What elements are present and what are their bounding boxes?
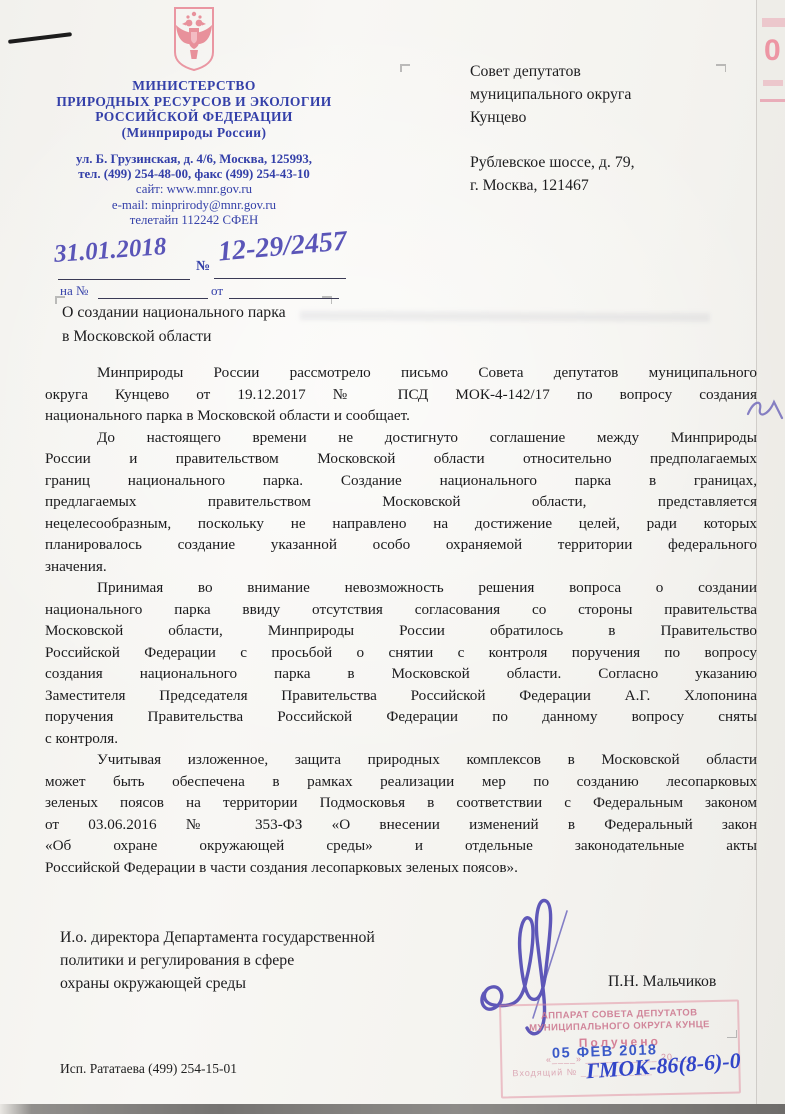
body-line: национального парка ввиду отсутствия сог…	[45, 599, 757, 621]
paragraph: Принимая во внимание невозможность решен…	[45, 577, 757, 749]
signer-title: И.о. директора Департамента государствен…	[60, 926, 480, 995]
stamp-org: АППАРАТ СОВЕТА ДЕПУТАТОВМУНИЦИПАЛЬНОГО О…	[501, 1007, 737, 1036]
signer-name: П.Н. Мальчиков	[608, 973, 716, 991]
paragraph: Учитывая изложенное, защита природных ко…	[45, 749, 757, 878]
ministry-address-line: ул. Б. Грузинская, д. 4/6, Москва, 12599…	[36, 152, 352, 167]
recipient-org-line: муниципального округа	[470, 83, 750, 106]
ref-number-label: на №	[60, 283, 88, 299]
recipient-org-line: Совет депутатов	[470, 60, 750, 83]
signer-title-line: политики и регулирования в сфере	[60, 949, 480, 972]
ministry-name-line: РОССИЙСКОЙ ФЕДЕРАЦИИ	[36, 109, 352, 125]
edge-stamp-line	[760, 99, 785, 102]
ministry-name-line: МИНИСТЕРСТВО	[36, 78, 352, 94]
body-line: может быть обеспечена в рамках реализаци…	[45, 771, 757, 793]
ministry-name-line: (Минприроды России)	[36, 125, 352, 141]
recipient-block: Совет депутатовмуниципального округаКунц…	[470, 60, 750, 197]
recipient-org-line: Кунцево	[470, 106, 750, 129]
reference-row: на № от	[36, 281, 352, 301]
body-line: Учитывая изложенное, защита природных ко…	[45, 749, 757, 771]
edge-stamp-text-bar	[762, 18, 785, 27]
body-line: с контроля.	[45, 728, 757, 750]
ref-from-label: от	[211, 283, 223, 299]
body-line: планировалось создание указанной особо о…	[45, 534, 757, 556]
paragraph: До настоящего времени не достигнуто согл…	[45, 427, 757, 578]
body-line: поручения Правительства Российской Федер…	[45, 706, 757, 728]
page-edge-shade	[757, 0, 785, 1104]
body-line: нецелесообразным, поскольку не направлен…	[45, 513, 757, 535]
corner-mark	[400, 64, 410, 72]
scan-bottom-edge	[0, 1104, 785, 1114]
edge-stamp-digit: 0	[764, 34, 781, 68]
body-line: национального парка в Московской области…	[45, 405, 757, 427]
ministry-address-line: тел. (499) 254-48-00, факс (499) 254-43-…	[36, 167, 352, 182]
number-sign: №	[196, 259, 210, 275]
body-line: от 03.06.2016 № 353-ФЗ «О внесении измен…	[45, 814, 757, 836]
executor-line: Исп. Рататаева (499) 254-15-01	[60, 1061, 237, 1077]
ministry-address-line: телетайп 112242 СФЕН	[36, 213, 352, 228]
body-line: создания национального парка в Московско…	[45, 663, 757, 685]
ref-number-underline	[98, 297, 208, 299]
body-line: России и правительством Московской облас…	[45, 448, 757, 470]
edge-stamp-text-bar2	[763, 80, 783, 86]
body-line: Минприроды России рассмотрело письмо Сов…	[45, 362, 757, 384]
handwritten-date: 31.01.2018	[53, 233, 167, 269]
margin-ink-mark	[744, 388, 785, 428]
date-number-row: 31.01.2018 № 12-29/2457	[36, 231, 352, 277]
ref-from-underline	[229, 297, 339, 299]
ministry-name-line: ПРИРОДНЫХ РЕСУРСОВ И ЭКОЛОГИИ	[36, 94, 352, 110]
body-line: предлагаемых правительством Московской о…	[45, 491, 757, 513]
body-line: зеленых поясов на территории Подмосковья…	[45, 792, 757, 814]
body-line: Заместителя Председателя Правительства Р…	[45, 685, 757, 707]
letter-body: Минприроды России рассмотрело письмо Сов…	[45, 362, 757, 878]
subject-line: О создании национального парка	[62, 301, 286, 325]
body-line: округа Кунцево от 19.12.2017 № ПСД МОК-4…	[45, 384, 757, 406]
body-line: «Об охране окружающей среды» и отдельные…	[45, 835, 757, 857]
subject-line: в Московской области	[62, 325, 286, 349]
recipient-address: Рублевское шоссе, д. 79,г. Москва, 12146…	[470, 151, 750, 197]
number-underline	[214, 277, 346, 279]
scanned-letter-page: 0 МИНИСТЕРСТВОПРИРОДНЫХ РЕСУРСОВ И ЭКОЛО…	[0, 0, 785, 1114]
date-underline	[58, 278, 190, 280]
ministry-address-line: e-mail: minprirody@mnr.gov.ru	[36, 198, 352, 213]
subject-block: О создании национального паркав Московск…	[62, 301, 286, 348]
ministry-letterhead: МИНИСТЕРСТВОПРИРОДНЫХ РЕСУРСОВ И ЭКОЛОГИ…	[36, 4, 352, 301]
ministry-name: МИНИСТЕРСТВОПРИРОДНЫХ РЕСУРСОВ И ЭКОЛОГИ…	[36, 78, 352, 140]
recipient-address-line: г. Москва, 121467	[470, 174, 750, 197]
signer-title-line: И.о. директора Департамента государствен…	[60, 926, 480, 949]
body-line: Российской Федерации в части создания ле…	[45, 857, 757, 879]
handwritten-outgoing-number: 12-29/2457	[217, 225, 348, 268]
body-line: Российской Федерации с просьбой о снятии…	[45, 642, 757, 664]
signer-title-line: охраны окружающей среды	[60, 972, 480, 995]
body-line: границ национального парка. Создание нац…	[45, 470, 757, 492]
ministry-address: ул. Б. Грузинская, д. 4/6, Москва, 12599…	[36, 152, 352, 228]
recipient-org: Совет депутатовмуниципального округаКунц…	[470, 60, 750, 129]
ministry-address-line: сайт: www.mnr.gov.ru	[36, 182, 352, 197]
paragraph: Минприроды России рассмотрело письмо Сов…	[45, 362, 757, 427]
body-line: Московской области, Минприроды России об…	[45, 620, 757, 642]
body-line: Принимая во внимание невозможность решен…	[45, 577, 757, 599]
russia-coat-of-arms-icon	[172, 6, 216, 72]
recipient-address-line: Рублевское шоссе, д. 79,	[470, 151, 750, 174]
ink-bleed-ghost	[300, 311, 710, 322]
body-line: До настоящего времени не достигнуто согл…	[45, 427, 757, 449]
body-line: значения.	[45, 556, 757, 578]
